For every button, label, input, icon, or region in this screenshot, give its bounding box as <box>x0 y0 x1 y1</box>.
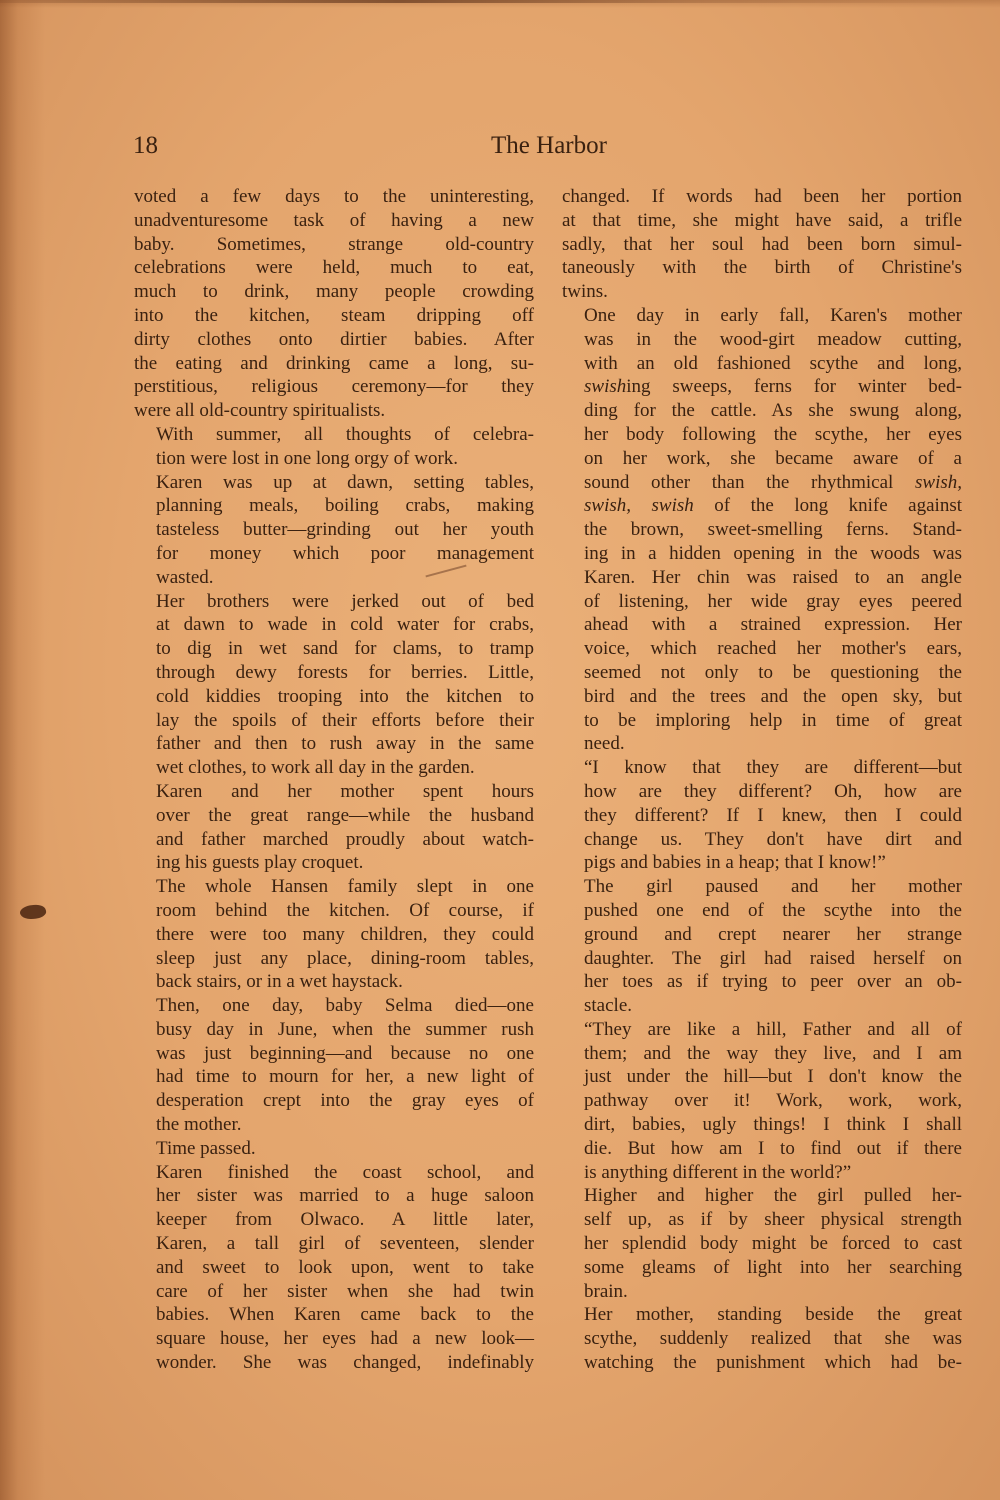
text-line: daughter. The girl had raised herself on <box>562 947 962 971</box>
text-line: at dawn to wade in cold water for crabs, <box>134 613 534 637</box>
text-line: the brown, sweet-smelling ferns. Stand- <box>562 518 962 542</box>
text-line: Karen finished the coast school, and <box>134 1161 534 1185</box>
text-line: desperation crept into the gray eyes of <box>134 1089 534 1113</box>
paragraph: With summer, all thoughts of celebra-tio… <box>134 423 534 471</box>
text-line: tion were lost in one long orgy of work. <box>134 447 534 471</box>
ink-blot-mark <box>19 903 47 921</box>
text-line: Karen. Her chin was raised to an angle <box>562 566 962 590</box>
text-line: sadly, that her soul had been born simul… <box>562 233 962 257</box>
text-line: busy day in June, when the summer rush <box>134 1018 534 1042</box>
text-line: “They are like a hill, Father and all of <box>562 1018 962 1042</box>
paragraph: voted a few days to the uninteresting,un… <box>134 185 534 423</box>
text-line: The girl paused and her mother <box>562 875 962 899</box>
paragraph: Karen was up at dawn, setting tables,pla… <box>134 471 534 590</box>
text-line: was in the wood-girt meadow cutting, <box>562 328 962 352</box>
text-line: taneously with the birth of Christine's <box>562 256 962 280</box>
text-line: at that time, she might have said, a tri… <box>562 209 962 233</box>
text-line: to be imploring help in time of great <box>562 709 962 733</box>
text-line: voice, which reached her mother's ears, <box>562 637 962 661</box>
text-line: ahead with a strained expression. Her <box>562 613 962 637</box>
text-line: Karen and her mother spent hours <box>134 780 534 804</box>
text-line: and father marched proudly about watch- <box>134 828 534 852</box>
text-line: on her work, she became aware of a <box>562 447 962 471</box>
text-line: through dewy forests for berries. Little… <box>134 661 534 685</box>
text-line: Time passed. <box>134 1137 534 1161</box>
text-line: scythe, suddenly realized that she was <box>562 1327 962 1351</box>
paragraph: The whole Hansen family slept in oneroom… <box>134 875 534 994</box>
text-line: One day in early fall, Karen's mother <box>562 304 962 328</box>
text-line: change us. They don't have dirt and <box>562 828 962 852</box>
paragraph: Higher and higher the girl pulled her-se… <box>562 1184 962 1303</box>
text-line: Her brothers were jerked out of bed <box>134 590 534 614</box>
text-line: pushed one end of the scythe into the <box>562 899 962 923</box>
text-line: die. But how am I to find out if there <box>562 1137 962 1161</box>
text-line: how are they different? Oh, how are <box>562 780 962 804</box>
text-line: unadventuresome task of having a new <box>134 209 534 233</box>
text-line: to dig in wet sand for clams, to tramp <box>134 637 534 661</box>
text-line: self up, as if by sheer physical strengt… <box>562 1208 962 1232</box>
text-line: of listening, her wide gray eyes peered <box>562 590 962 614</box>
text-line: room behind the kitchen. Of course, if <box>134 899 534 923</box>
text-line: “I know that they are different—but <box>562 756 962 780</box>
text-line: the eating and drinking came a long, su- <box>134 352 534 376</box>
paragraph: changed. If words had been her portionat… <box>562 185 962 304</box>
page-top-edge <box>0 0 1000 3</box>
text-line: her splendid body might be forced to cas… <box>562 1232 962 1256</box>
text-line: perstitious, religious ceremony—for they <box>134 375 534 399</box>
text-line: Karen, a tall girl of seventeen, slender <box>134 1232 534 1256</box>
text-line: planning meals, boiling crabs, making <box>134 494 534 518</box>
text-line: back stairs, or in a wet haystack. <box>134 970 534 994</box>
text-line: Then, one day, baby Selma died—one <box>134 994 534 1018</box>
text-line: Higher and higher the girl pulled her- <box>562 1184 962 1208</box>
text-line: changed. If words had been her portion <box>562 185 962 209</box>
text-line: watching the punishment which had be- <box>562 1351 962 1375</box>
text-line: wasted. <box>134 566 534 590</box>
text-line: sleep just any place, dining-room tables… <box>134 947 534 971</box>
paragraph: One day in early fall, Karen's motherwas… <box>562 304 962 756</box>
text-line: had time to mourn for her, a new light o… <box>134 1065 534 1089</box>
text-line: pathway over it! Work, work, work, <box>562 1089 962 1113</box>
paragraph: “I know that they are different—buthow a… <box>562 756 962 875</box>
text-line: with an old fashioned scythe and long, <box>562 352 962 376</box>
text-line: wet clothes, to work all day in the gard… <box>134 756 534 780</box>
text-line: voted a few days to the uninteresting, <box>134 185 534 209</box>
text-line: cold kiddies trooping into the kitchen t… <box>134 685 534 709</box>
paragraph: Time passed. <box>134 1137 534 1161</box>
text-line: there were too many children, they could <box>134 923 534 947</box>
text-line: square house, her eyes had a new look— <box>134 1327 534 1351</box>
text-line: her body following the scythe, her eyes <box>562 423 962 447</box>
text-line: ing in a hidden opening in the woods was <box>562 542 962 566</box>
text-line: need. <box>562 732 962 756</box>
text-line: swishing sweeps, ferns for winter bed- <box>562 375 962 399</box>
text-line: With summer, all thoughts of celebra- <box>134 423 534 447</box>
text-line: bird and the trees and the open sky, but <box>562 685 962 709</box>
page-header: 18 The Harbor <box>133 130 965 170</box>
text-line: brain. <box>562 1280 962 1304</box>
text-line: ground and crept nearer her strange <box>562 923 962 947</box>
left-text-column: voted a few days to the uninteresting,un… <box>134 185 534 1375</box>
running-title: The Harbor <box>133 132 965 160</box>
text-line: twins. <box>562 280 962 304</box>
text-line: sound other than the rhythmical swish, <box>562 471 962 495</box>
text-line: The whole Hansen family slept in one <box>134 875 534 899</box>
text-line: was just beginning—and because no one <box>134 1042 534 1066</box>
right-text-column: changed. If words had been her portionat… <box>562 185 962 1375</box>
paragraph: The girl paused and her motherpushed one… <box>562 875 962 1018</box>
text-line: wonder. She was changed, indefinably <box>134 1351 534 1375</box>
text-line: care of her sister when she had twin <box>134 1280 534 1304</box>
text-line: dirty clothes onto dirtier babies. After <box>134 328 534 352</box>
text-line: Karen was up at dawn, setting tables, <box>134 471 534 495</box>
text-line: just under the hill—but I don't know the <box>562 1065 962 1089</box>
text-line: Her mother, standing beside the great <box>562 1303 962 1327</box>
paragraph: “They are like a hill, Father and all of… <box>562 1018 962 1185</box>
text-line: babies. When Karen came back to the <box>134 1303 534 1327</box>
text-line: her toes as if trying to peer over an ob… <box>562 970 962 994</box>
paragraph: Her brothers were jerked out of bedat da… <box>134 590 534 780</box>
text-line: swish, swish of the long knife against <box>562 494 962 518</box>
text-line: some gleams of light into her searching <box>562 1256 962 1280</box>
text-line: were all old-country spiritualists. <box>134 399 534 423</box>
text-line: stacle. <box>562 994 962 1018</box>
text-line: seemed not only to be questioning the <box>562 661 962 685</box>
text-line: is anything different in the world?” <box>562 1161 962 1185</box>
text-line: into the kitchen, steam dripping off <box>134 304 534 328</box>
paragraph: Then, one day, baby Selma died—onebusy d… <box>134 994 534 1137</box>
text-line: lay the spoils of their efforts before t… <box>134 709 534 733</box>
text-line: celebrations were held, much to eat, <box>134 256 534 280</box>
text-line: father and then to rush away in the same <box>134 732 534 756</box>
text-line: ing his guests play croquet. <box>134 851 534 875</box>
text-line: ding for the cattle. As she swung along, <box>562 399 962 423</box>
text-line: keeper from Olwaco. A little later, <box>134 1208 534 1232</box>
text-line: and sweet to look upon, went to take <box>134 1256 534 1280</box>
paragraph: Karen and her mother spent hoursover the… <box>134 780 534 875</box>
text-line: tasteless butter—grinding out her youth <box>134 518 534 542</box>
paragraph: Karen finished the coast school, andher … <box>134 1161 534 1375</box>
text-line: they different? If I knew, then I could <box>562 804 962 828</box>
text-line: dirt, babies, ugly things! I think I sha… <box>562 1113 962 1137</box>
text-line: the mother. <box>134 1113 534 1137</box>
text-line: much to drink, many people crowding <box>134 280 534 304</box>
text-line: for money which poor management <box>134 542 534 566</box>
text-line: her sister was married to a huge saloon <box>134 1184 534 1208</box>
text-line: over the great range—while the husband <box>134 804 534 828</box>
text-line: baby. Sometimes, strange old-country <box>134 233 534 257</box>
paragraph: Her mother, standing beside the greatscy… <box>562 1303 962 1374</box>
text-line: them; and the way they live, and I am <box>562 1042 962 1066</box>
text-line: pigs and babies in a heap; that I know!” <box>562 851 962 875</box>
